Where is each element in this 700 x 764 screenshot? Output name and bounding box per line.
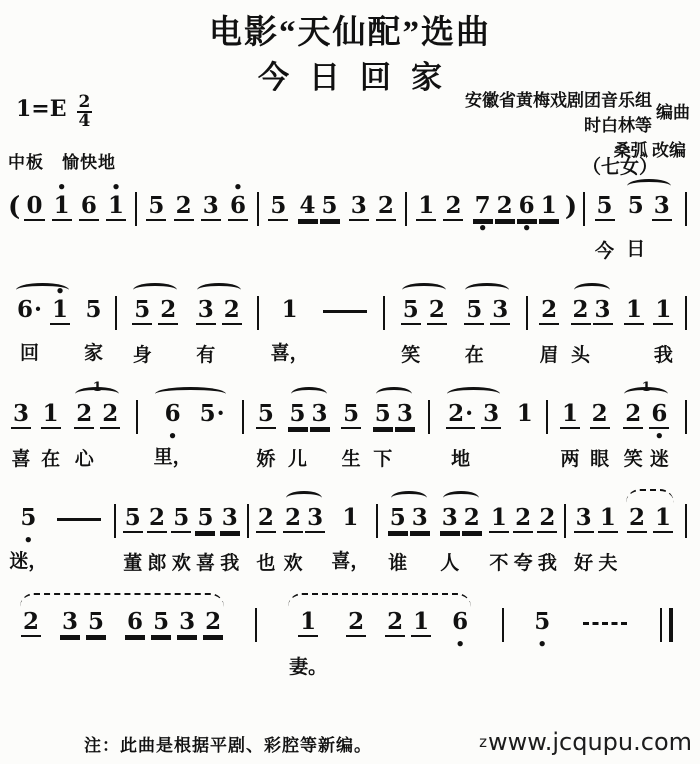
jianpu-note: 1不 bbox=[490, 504, 508, 575]
note-head: 2 bbox=[537, 504, 557, 533]
note-head: 5 bbox=[626, 192, 646, 219]
note-head: 1 bbox=[411, 608, 431, 637]
slur-group: 2欢3 bbox=[282, 504, 326, 575]
dashed-slur-group: 2 3 5 6 5 3 2 bbox=[18, 608, 226, 676]
octave-dot-below: • bbox=[478, 224, 488, 233]
jianpu-note: 3 bbox=[177, 608, 197, 676]
barline bbox=[136, 400, 138, 434]
note-head: 5 bbox=[86, 608, 106, 637]
jianpu-note: 3 bbox=[349, 192, 369, 260]
note-digit: 6 bbox=[127, 608, 143, 635]
slur-group: 4 5 bbox=[297, 192, 341, 260]
note-digit: 5 bbox=[200, 400, 216, 427]
slur-group: 12笑6•迷 bbox=[620, 400, 672, 471]
lyric bbox=[451, 236, 456, 260]
slur-group: 5身2 bbox=[129, 296, 181, 367]
note-head: 3 bbox=[305, 504, 325, 533]
note-digit: 5 bbox=[148, 192, 164, 219]
note-head: 6· bbox=[15, 296, 44, 323]
footer: 注：此曲是根据平剧、彩腔等新编。 z www.jcqupu.com bbox=[0, 728, 700, 756]
duration-dash bbox=[55, 504, 103, 534]
note-digit: 5 bbox=[466, 296, 482, 323]
barline bbox=[685, 192, 687, 226]
jianpu-note: •1 bbox=[106, 192, 126, 260]
jianpu-note: 2夸 bbox=[514, 504, 532, 575]
lyric: 眼 bbox=[590, 444, 609, 471]
note-head: 3 bbox=[177, 608, 197, 637]
lyric bbox=[354, 652, 359, 676]
note-digit: 3 bbox=[442, 504, 458, 531]
lyric bbox=[211, 652, 216, 676]
note-head: 2 bbox=[21, 608, 41, 637]
barline bbox=[583, 192, 585, 226]
note-digit: 1 bbox=[342, 504, 358, 531]
note-head: 5 bbox=[123, 504, 143, 533]
note-head: 1 bbox=[560, 400, 580, 429]
note-digit: 5 bbox=[173, 504, 189, 531]
note-head: 1 bbox=[653, 504, 673, 533]
note-head: •1 bbox=[52, 192, 72, 221]
jianpu-note: 2 bbox=[100, 400, 120, 471]
note-digit: 2 bbox=[573, 296, 589, 323]
note-digit: 3 bbox=[492, 296, 508, 323]
note-head: 2 bbox=[147, 504, 167, 533]
note-head: 3 bbox=[593, 296, 613, 325]
dashed-slur-group: 1妻。2 2 1 6• bbox=[286, 608, 473, 679]
barline bbox=[546, 400, 548, 434]
note-digit: 2 bbox=[102, 400, 118, 427]
slur-group: 5儿3 bbox=[287, 400, 331, 471]
jianpu-note: 5 bbox=[86, 608, 106, 676]
duration-dash bbox=[321, 296, 369, 326]
note-digit: 5 bbox=[88, 608, 104, 635]
octave-dot-below: • bbox=[537, 640, 547, 649]
note-head: 2 bbox=[571, 296, 591, 325]
grace-note: 1 bbox=[642, 380, 651, 395]
jianpu-note: 3人 bbox=[440, 504, 460, 575]
lyric bbox=[313, 548, 318, 572]
jianpu-note: 5欢 bbox=[172, 504, 190, 575]
lyric: 喜， bbox=[271, 338, 309, 365]
note-digit: 3 bbox=[198, 296, 214, 323]
note-digit: 1 bbox=[52, 296, 68, 323]
octave-dot-above: • bbox=[55, 287, 65, 296]
note-digit: 5 bbox=[197, 504, 213, 531]
lyric bbox=[546, 236, 551, 260]
jianpu-note: 2 bbox=[203, 608, 223, 676]
lyric: 两 bbox=[561, 444, 580, 471]
slur-group: 5谁3 bbox=[387, 504, 431, 575]
barline bbox=[685, 504, 687, 538]
note-digit: 6 bbox=[81, 192, 97, 219]
note-digit: 1 bbox=[491, 504, 507, 531]
note-head: 5 bbox=[195, 504, 215, 533]
jianpu-note: 2心 bbox=[74, 400, 94, 471]
music-line: 6·回•1 5家5身2 3有2 1喜，5笑2 5在3 2眉2头3 1 1我 bbox=[8, 296, 692, 378]
note-digit: 2 bbox=[625, 400, 641, 427]
note-head: 2 bbox=[590, 400, 610, 429]
barline bbox=[685, 296, 687, 330]
music-line: 5•迷，5董2郎5欢5喜3我2也2欢3 1喜，5谁3 3人2 1不2夸2我3好1… bbox=[8, 504, 692, 586]
lyric bbox=[458, 650, 463, 674]
note-digit: 3 bbox=[307, 504, 323, 531]
jianpu-note: 2 bbox=[427, 296, 447, 367]
jianpu-note: 2 bbox=[385, 608, 405, 679]
jianpu-note: 2·地 bbox=[446, 400, 475, 471]
tempo-marking: 中板 bbox=[8, 153, 44, 172]
note-digit: 2 bbox=[76, 400, 92, 427]
lyric: 回 bbox=[20, 338, 39, 365]
note-head: 1 bbox=[340, 504, 360, 531]
lyric bbox=[181, 236, 186, 260]
note-digit: 3 bbox=[412, 504, 428, 531]
jianpu-note: 5•迷， bbox=[11, 504, 46, 573]
lyric bbox=[327, 236, 332, 260]
note-digit: 3 bbox=[13, 400, 29, 427]
note-digit: 1 bbox=[655, 296, 671, 323]
lyric: 妻。 bbox=[289, 652, 327, 679]
note-digit: 2 bbox=[541, 296, 557, 323]
music-line: (0 •1 6 •1 5 2 3 •6 5 4 5 3 2 1 2 7• 2 6… bbox=[8, 192, 692, 274]
series-title: 电影“天仙配”选曲 bbox=[0, 6, 700, 53]
octave-dot-below: • bbox=[522, 224, 532, 233]
note-head: 3 bbox=[60, 608, 80, 637]
note-digit: 3 bbox=[595, 296, 611, 323]
barline bbox=[247, 504, 249, 538]
octave-dot-below: • bbox=[168, 432, 178, 441]
jianpu-note: 3好 bbox=[574, 504, 592, 575]
lyric bbox=[32, 236, 37, 260]
note-head: 3 bbox=[201, 192, 221, 221]
barline bbox=[114, 504, 116, 538]
jianpu-note: 5· bbox=[198, 400, 227, 469]
lyric bbox=[489, 444, 494, 468]
note-head: 1 bbox=[489, 504, 509, 533]
augmentation-dot: · bbox=[34, 296, 42, 323]
octave-dot-below: • bbox=[24, 536, 34, 545]
lyric bbox=[635, 548, 640, 572]
note-head: 1 bbox=[624, 296, 644, 325]
note-head: 3 bbox=[490, 296, 510, 325]
lyric bbox=[417, 548, 422, 572]
lyric: 儿 bbox=[288, 444, 307, 471]
note-head: 5 bbox=[268, 192, 288, 221]
jianpu-note: 5下 bbox=[373, 400, 393, 471]
lyric: 下 bbox=[373, 444, 392, 471]
slur-group: 5日3 bbox=[623, 192, 675, 261]
lyric: 夫 bbox=[598, 548, 617, 575]
parenthesis: ( bbox=[8, 192, 20, 222]
note-head: •6 bbox=[228, 192, 248, 221]
jianpu-note: 7• bbox=[473, 192, 493, 260]
note-head: 1 bbox=[515, 400, 535, 427]
note-digit: 2 bbox=[160, 296, 176, 323]
jianpu-note: 1 bbox=[653, 504, 673, 572]
note-head: 2 bbox=[346, 608, 366, 637]
jianpu-note: 3 bbox=[201, 192, 221, 260]
lyric: 董 bbox=[123, 548, 142, 575]
note-head: 5• bbox=[532, 608, 552, 635]
note-head: 3 bbox=[652, 192, 672, 221]
jianpu-note: 5儿 bbox=[288, 400, 308, 471]
sheet-music-page: 电影“天仙配”选曲 今日回家 安徽省黄梅戏剧团音乐组 时白林等 编曲 桑弧 改编… bbox=[0, 0, 700, 764]
note-head: 5 bbox=[146, 192, 166, 221]
note-digit: 7 bbox=[475, 192, 491, 219]
note-head: 5 bbox=[132, 296, 152, 325]
note-digit: 3 bbox=[351, 192, 367, 219]
note-head: 1 bbox=[539, 192, 559, 221]
lyric bbox=[661, 548, 666, 572]
note-digit: 1 bbox=[517, 400, 533, 427]
note-head: 5 bbox=[320, 192, 340, 221]
jianpu-note: 1喜， bbox=[271, 296, 309, 365]
note-digit: 0 bbox=[26, 192, 42, 219]
lyric: 生 bbox=[342, 444, 361, 471]
jianpu-note: 2 bbox=[222, 296, 242, 367]
lyric bbox=[276, 236, 281, 260]
note-head: 2 bbox=[539, 296, 559, 325]
jianpu-note: 5今 bbox=[595, 192, 615, 263]
jianpu-note: 1 bbox=[539, 192, 559, 260]
jianpu-note: 3 bbox=[395, 400, 415, 471]
lyric bbox=[159, 652, 164, 676]
lyric bbox=[393, 652, 398, 676]
note-head: 5 bbox=[83, 296, 103, 323]
note-digit: 1 bbox=[282, 296, 298, 323]
note-head: 6 bbox=[79, 192, 99, 221]
slur-group: 6·回•1 bbox=[12, 296, 73, 365]
note-digit: 2 bbox=[429, 296, 445, 323]
lyric bbox=[522, 442, 527, 466]
note-head: 2 bbox=[462, 504, 482, 533]
lyric: 娇 bbox=[256, 444, 275, 471]
jianpu-note: 2眉 bbox=[539, 296, 559, 367]
note-head: 2 bbox=[623, 400, 643, 429]
note-digit: 3 bbox=[397, 400, 413, 427]
note-digit: 5 bbox=[134, 296, 150, 323]
lyric bbox=[86, 236, 91, 260]
note-head: 4 bbox=[298, 192, 318, 221]
lyric: 不 bbox=[489, 548, 508, 575]
lyric: 好 bbox=[574, 548, 593, 575]
jianpu-note: 6 bbox=[79, 192, 99, 260]
jianpu-note: •1 bbox=[52, 192, 72, 260]
lyric: 日 bbox=[626, 234, 645, 261]
jianpu-note: 6• bbox=[450, 608, 470, 679]
lyric: 今 bbox=[595, 236, 614, 263]
note-digit: 2 bbox=[285, 504, 301, 531]
lyric bbox=[229, 340, 234, 364]
lyric bbox=[480, 236, 485, 260]
lyric: 我 bbox=[654, 340, 673, 367]
jianpu-note: 1我 bbox=[653, 296, 673, 367]
note-head: 1 bbox=[653, 296, 673, 325]
lyric: 欢 bbox=[284, 548, 303, 575]
jianpu-note: 5 bbox=[151, 608, 171, 676]
note-head: 2· bbox=[446, 400, 475, 429]
barline bbox=[115, 296, 117, 330]
lyric bbox=[108, 444, 113, 468]
octave-dot-above: • bbox=[233, 183, 243, 192]
note-digit: 3 bbox=[203, 192, 219, 219]
jianpu-note: •6 bbox=[228, 192, 248, 260]
lyric: 我 bbox=[538, 548, 557, 575]
note-digit: 1 bbox=[626, 296, 642, 323]
octave-dot-above: • bbox=[57, 183, 67, 192]
jianpu-note: 0 bbox=[24, 192, 44, 260]
lyric: 喜 bbox=[12, 444, 31, 471]
note-digit: 2 bbox=[205, 608, 221, 635]
lyric: 身 bbox=[133, 340, 152, 367]
lyric bbox=[210, 442, 215, 466]
lyric bbox=[402, 444, 407, 468]
note-digit: 5 bbox=[125, 504, 141, 531]
jianpu-note: 2 bbox=[443, 192, 463, 260]
note-digit: 6 bbox=[651, 400, 667, 427]
lyric: 迷 bbox=[650, 444, 669, 471]
jianpu-note: 5娇 bbox=[256, 400, 276, 471]
jianpu-note: 3 bbox=[310, 400, 330, 471]
note-digit: 5 bbox=[534, 608, 550, 635]
note-digit: 2 bbox=[629, 504, 645, 531]
lyric bbox=[154, 236, 159, 260]
dashed-slur-group: 2 1 bbox=[624, 504, 676, 572]
note-head: 2 bbox=[222, 296, 242, 325]
note-head: •1 bbox=[50, 296, 70, 325]
note-digit: 2 bbox=[592, 400, 608, 427]
jianpu-note: 5身 bbox=[132, 296, 152, 367]
lyric bbox=[185, 652, 190, 676]
note-digit: 3 bbox=[179, 608, 195, 635]
role-label: （七女） bbox=[582, 152, 658, 179]
watermark-mark: z bbox=[479, 733, 487, 751]
header: 电影“天仙配”选曲 今日回家 安徽省黄梅戏剧团音乐组 时白林等 编曲 桑弧 改编… bbox=[0, 0, 700, 186]
lyric bbox=[94, 652, 99, 676]
note-digit: 5 bbox=[290, 400, 306, 427]
lyric bbox=[424, 236, 429, 260]
note-head: 7• bbox=[473, 192, 493, 221]
note-head: 3 bbox=[440, 504, 460, 533]
note-digit: 3 bbox=[222, 504, 238, 531]
note-head: 1 bbox=[298, 608, 318, 637]
jianpu-note: 1 bbox=[624, 296, 644, 364]
note-head: 3 bbox=[11, 400, 31, 429]
note-head: 2 bbox=[443, 192, 463, 221]
jianpu-note: 5在 bbox=[464, 296, 484, 367]
jianpu-note: 2郎 bbox=[148, 504, 166, 575]
note-head: 5 bbox=[288, 400, 308, 429]
jianpu-note: 5生 bbox=[341, 400, 361, 471]
note-head: 3 bbox=[196, 296, 216, 325]
barline bbox=[526, 296, 528, 330]
lyric bbox=[498, 340, 503, 364]
note-head: 2 bbox=[256, 504, 276, 533]
jianpu-note: 2眼 bbox=[590, 400, 610, 471]
note-head: 5 bbox=[341, 400, 361, 429]
note-head: 6• bbox=[163, 400, 183, 427]
jianpu-note: 3 bbox=[490, 296, 510, 367]
jianpu-note: 6•里， bbox=[154, 400, 192, 469]
note-head: 2 bbox=[174, 192, 194, 221]
jianpu-note: 6·回 bbox=[15, 296, 44, 365]
note-head: 2 bbox=[283, 504, 303, 533]
jianpu-note: 3 bbox=[60, 608, 80, 676]
note-head: 3 bbox=[395, 400, 415, 429]
note-digit: 2 bbox=[348, 608, 364, 635]
note-digit: 1 bbox=[600, 504, 616, 531]
note-head: 0 bbox=[24, 192, 44, 221]
note-head: 5 bbox=[388, 504, 408, 533]
jianpu-note: 1妻。 bbox=[289, 608, 327, 679]
note-digit: 6 bbox=[165, 400, 181, 427]
note-head: 6• bbox=[450, 608, 470, 635]
lyric: 欢 bbox=[172, 548, 191, 575]
jianpu-note: 2笑 bbox=[623, 400, 643, 471]
jianpu-note: 5笑 bbox=[401, 296, 421, 367]
music-line: 2 3 5 6 5 3 2 1妻。2 2 1 6• 5• bbox=[8, 608, 692, 690]
lyric bbox=[114, 236, 119, 260]
note-head: 2 bbox=[74, 400, 94, 429]
lyric bbox=[384, 236, 389, 260]
jianpu-note: 1 bbox=[515, 400, 535, 466]
note-digit: 6 bbox=[17, 296, 33, 323]
jianpu-note: 2 bbox=[174, 192, 194, 260]
jianpu-note: 6 bbox=[125, 608, 145, 676]
slur-group: 3有2 bbox=[193, 296, 245, 367]
lyric bbox=[68, 652, 73, 676]
note-digit: 3 bbox=[654, 192, 670, 219]
note-head: 2 bbox=[495, 192, 515, 221]
watermark: z www.jcqupu.com bbox=[479, 728, 692, 756]
lyric: 我 bbox=[220, 548, 239, 575]
credit-role: 编曲 bbox=[656, 100, 690, 125]
jianpu-note: 3 bbox=[481, 400, 501, 471]
slur-group: 5在3 bbox=[461, 296, 513, 367]
slur-group: 7• 2 6• 1 bbox=[472, 192, 560, 260]
jianpu-note: 2 bbox=[346, 608, 366, 679]
lyric: 地 bbox=[451, 444, 470, 471]
note-head: 3 bbox=[310, 400, 330, 429]
lyric: 眉 bbox=[540, 340, 559, 367]
jianpu-note: 3我 bbox=[221, 504, 239, 575]
note-head: 3 bbox=[410, 504, 430, 533]
lyric bbox=[208, 236, 213, 260]
jianpu-note: 2 bbox=[21, 608, 41, 676]
jianpu-note: 2也 bbox=[257, 504, 275, 575]
jianpu-note: 5喜 bbox=[196, 504, 214, 575]
note-digit: 2 bbox=[497, 192, 513, 219]
barline bbox=[502, 608, 504, 642]
lyric bbox=[236, 236, 241, 260]
note-head: 5 bbox=[464, 296, 484, 325]
note-digit: 1 bbox=[413, 608, 429, 635]
jianpu-note: 5 bbox=[320, 192, 340, 260]
lyric bbox=[29, 652, 34, 676]
note-digit: 2 bbox=[149, 504, 165, 531]
lyric bbox=[133, 652, 138, 676]
lyric: 在 bbox=[41, 444, 60, 471]
note-head: 1 bbox=[598, 504, 618, 533]
augmentation-dot: · bbox=[217, 400, 225, 427]
note-digit: 5 bbox=[597, 192, 613, 219]
lyric bbox=[356, 236, 361, 260]
note-head: 3 bbox=[481, 400, 501, 429]
jianpu-note: 3有 bbox=[196, 296, 216, 367]
lyric bbox=[305, 236, 310, 260]
grace-note: 1 bbox=[93, 380, 102, 395]
slur-group: 5下3 bbox=[372, 400, 416, 471]
lyric: 在 bbox=[465, 340, 484, 367]
